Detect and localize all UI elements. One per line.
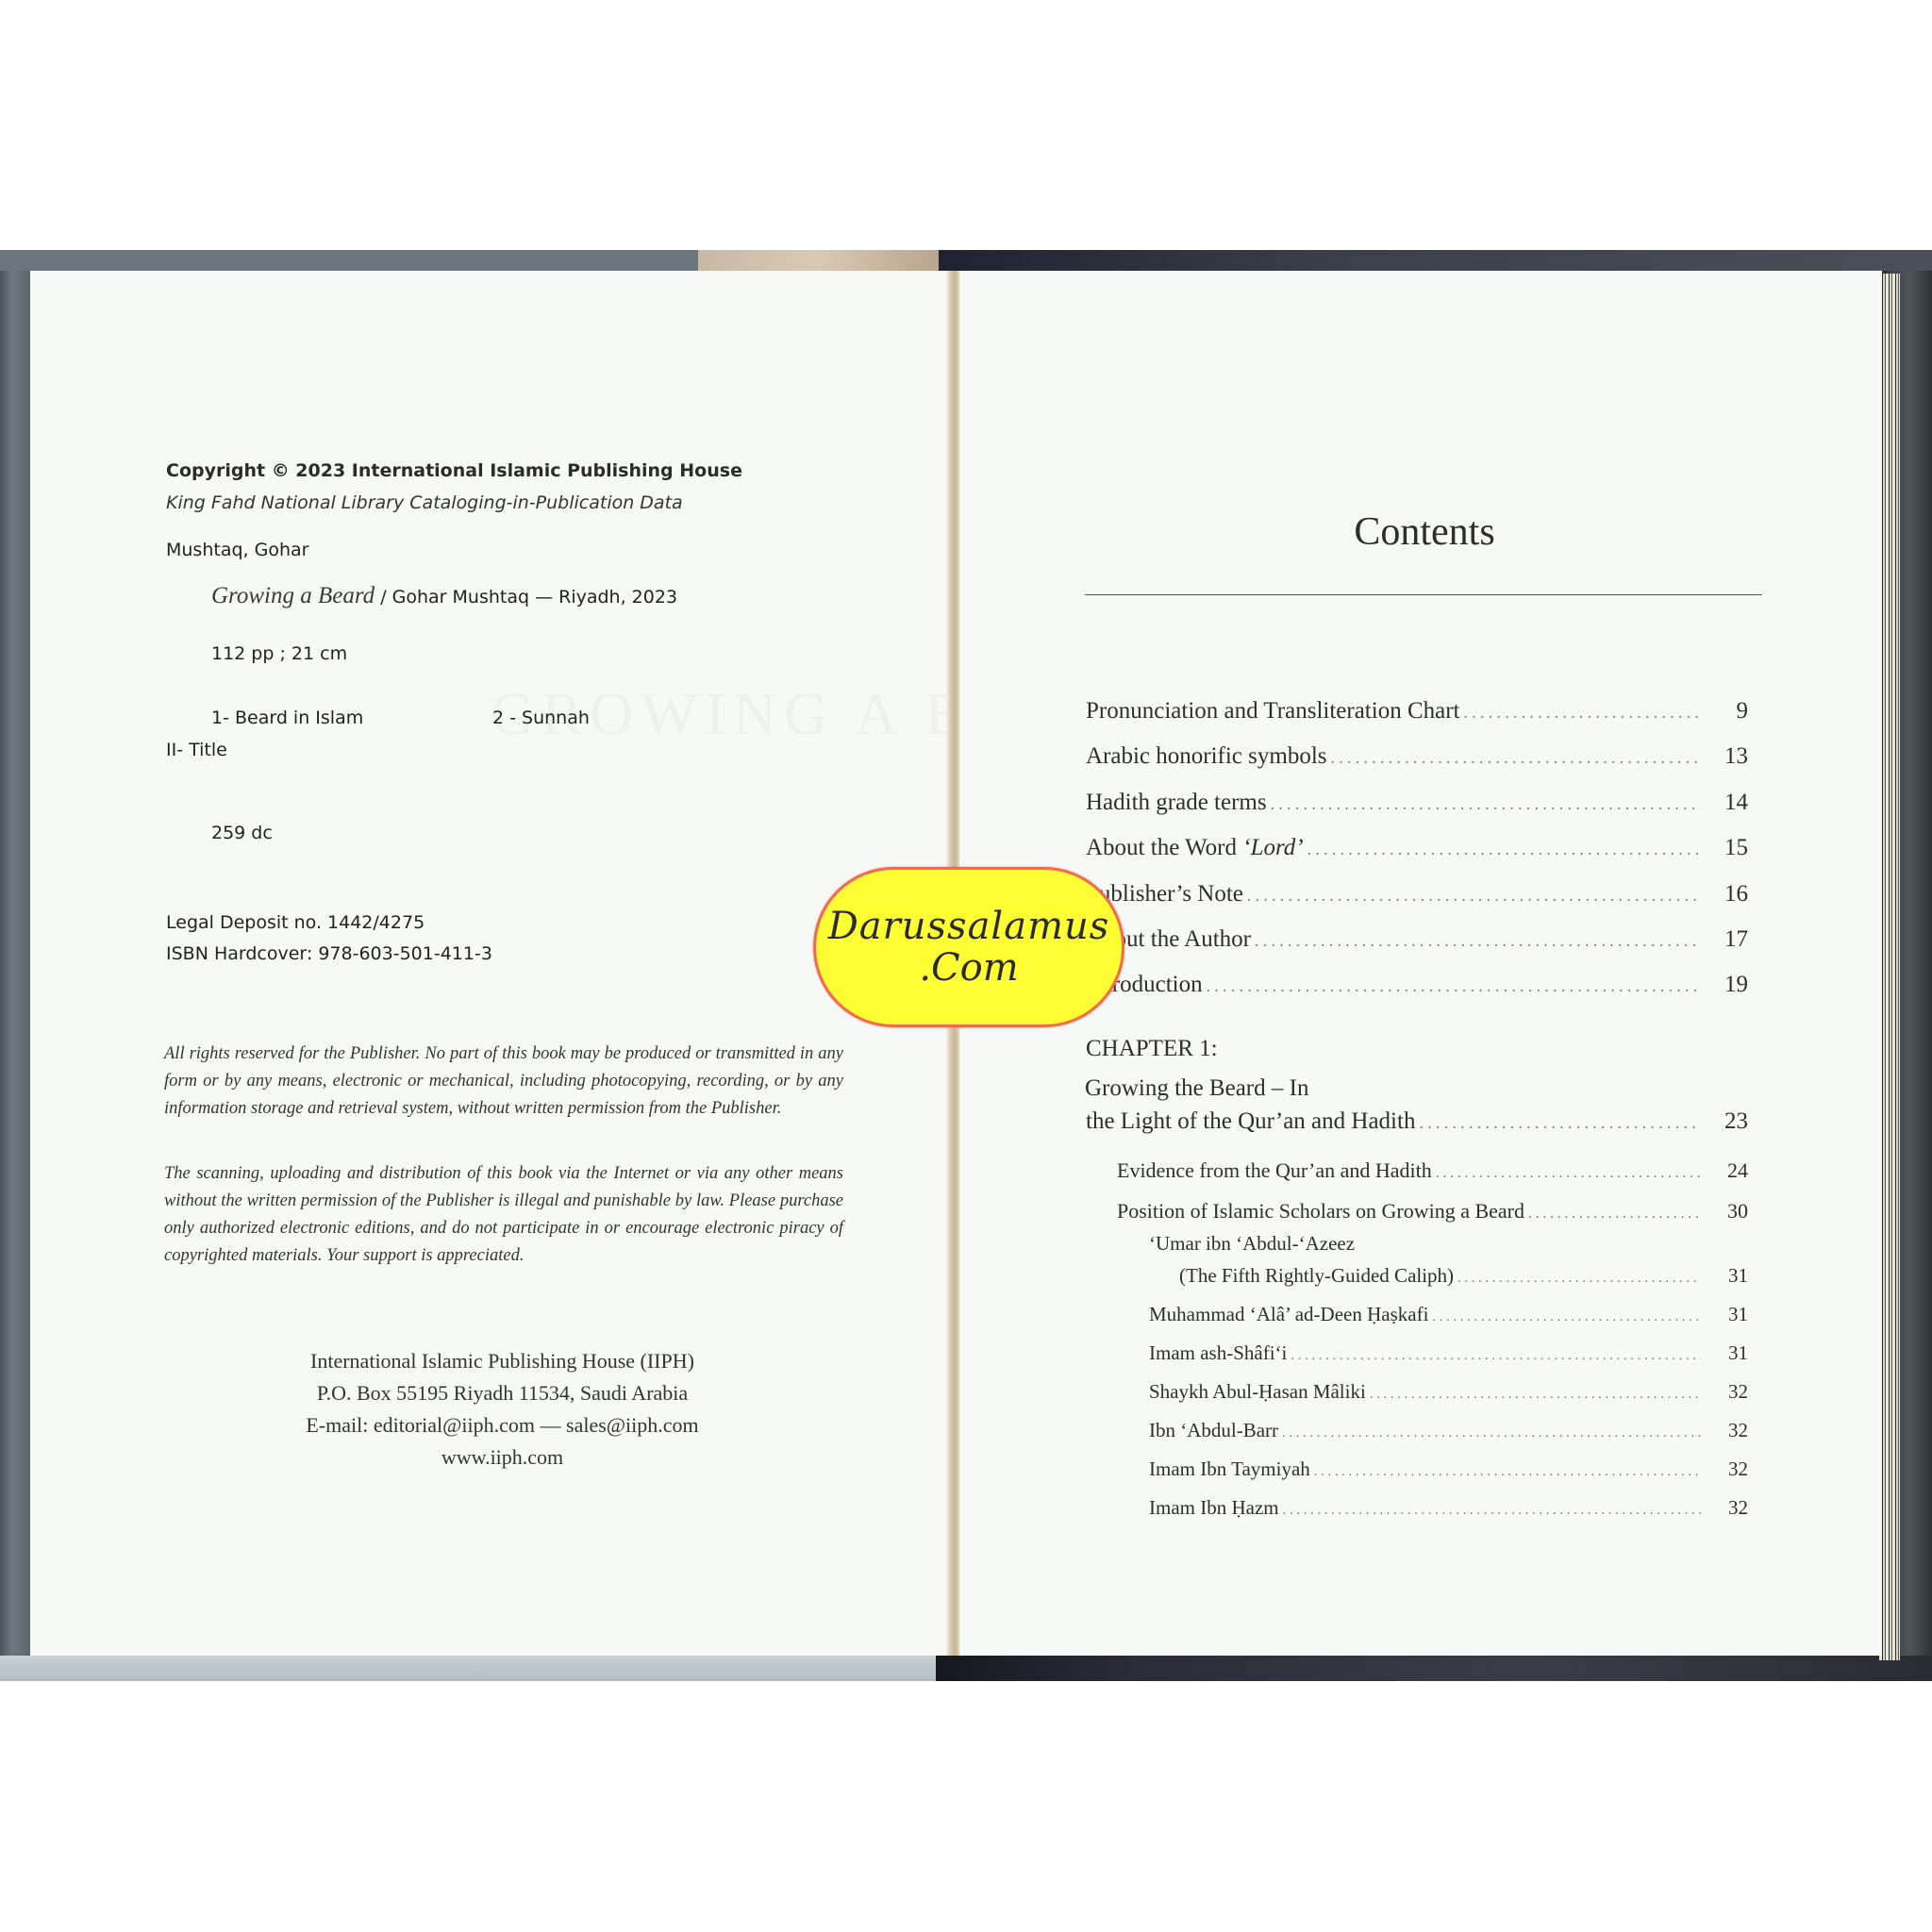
toc-entry-label: Arabic honorific symbols: [1086, 743, 1327, 770]
toc-entry-label: Ibn ‘Abdul-Barr: [1149, 1419, 1278, 1442]
toc-entry-label: the Light of the Qur’an and Hadith: [1086, 1108, 1415, 1135]
toc-chapter-entry: the Light of the Qur’an and Hadith 23: [1086, 1108, 1748, 1135]
chapter-title-line1: Growing the Beard – In: [1085, 1075, 1308, 1102]
toc-page-number: 30: [1714, 1199, 1748, 1224]
toc-entry-label: Position of Islamic Scholars on Growing …: [1117, 1199, 1524, 1224]
toc-leader-dots: [1432, 1309, 1701, 1325]
toc-subsection-entry: (The Fifth Rightly-Guided Caliph) 31: [1179, 1264, 1748, 1288]
toc-leader-dots: [1282, 1425, 1701, 1441]
toc-subsection-entry: Muhammad ‘Alâ’ ad-Deen Ḥaṣkafi 31: [1149, 1303, 1748, 1326]
cover-bottom-edge-right: [936, 1656, 1932, 1681]
darussalam-watermark-badge: Darussalamus .Com: [813, 867, 1124, 1027]
toc-entry-label: Muhammad ‘Alâ’ ad-Deen Ḥaṣkafi: [1149, 1303, 1428, 1326]
anti-piracy-paragraph: The scanning, uploading and distribution…: [164, 1160, 843, 1270]
toc-page-number: 31: [1714, 1303, 1748, 1326]
toc-entry-label: About the Word ‘Lord’: [1086, 835, 1304, 861]
toc-entry-label: Imam Ibn Taymiyah: [1149, 1457, 1310, 1481]
toc-entry-label: Imam Ibn Ḥazm: [1149, 1496, 1279, 1520]
toc-entry-label: Evidence from the Qur’an and Hadith: [1117, 1158, 1432, 1183]
publisher-email: E-mail: editorial@iiph.com — sales@iiph.…: [189, 1409, 816, 1441]
toc-leader-dots: [1463, 703, 1701, 723]
toc-entry: About the Author 17: [1086, 926, 1748, 953]
cover-top-edge-right: [939, 250, 1932, 271]
legal-deposit: Legal Deposit no. 1442/4275: [166, 912, 425, 933]
toc-leader-dots: [1247, 886, 1701, 906]
publisher-name: International Islamic Publishing House (…: [189, 1345, 816, 1377]
toc-entry: About the Word ‘Lord’ 15: [1086, 835, 1748, 861]
contents-divider: [1085, 594, 1762, 595]
cover-left-edge: [0, 250, 30, 1681]
toc-page-number: 32: [1714, 1457, 1748, 1481]
toc-entry-label: Pronunciation and Transliteration Chart: [1086, 698, 1459, 724]
catalog-heading: King Fahd National Library Cataloging-in…: [166, 492, 683, 513]
page-stack-edge: [1879, 274, 1900, 1660]
toc-leader-dots: [1436, 1165, 1701, 1182]
toc-entry: Arabic honorific symbols 13: [1086, 743, 1748, 770]
toc-subsection-entry: Imam Ibn Ḥazm 32: [1149, 1496, 1748, 1520]
contents-title: Contents: [1085, 509, 1764, 555]
title-statement: Growing a Beard / Gohar Mushtaq — Riyadh…: [211, 583, 677, 609]
toc-page-number: 15: [1714, 835, 1748, 861]
subject-title: II- Title: [166, 740, 227, 760]
toc-leader-dots: [1419, 1113, 1701, 1133]
toc-leader-dots: [1528, 1206, 1701, 1223]
toc-leader-dots: [1255, 931, 1701, 951]
title-responsibility: / Gohar Mushtaq — Riyadh, 2023: [375, 587, 677, 608]
toc-entry-label: Imam ash-Shâfi‘i: [1149, 1341, 1287, 1365]
toc-subsection-entry: Imam Ibn Taymiyah 32: [1149, 1457, 1748, 1481]
rights-reserved-paragraph: All rights reserved for the Publisher. N…: [164, 1041, 843, 1123]
copyright-notice: Copyright © 2023 International Islamic P…: [166, 460, 742, 481]
publisher-website: www.iiph.com: [189, 1441, 816, 1474]
toc-entry-label: (The Fifth Rightly-Guided Caliph): [1179, 1264, 1454, 1288]
toc-page-number: 16: [1714, 881, 1748, 908]
cover-top-edge-left: [0, 250, 698, 271]
publisher-contact: International Islamic Publishing House (…: [189, 1345, 816, 1474]
toc-leader-dots: [1314, 1464, 1701, 1480]
toc-subsection-entry: Imam ash-Shâfi‘i 31: [1149, 1341, 1748, 1365]
toc-subsection-label-line1: ‘Umar ibn ‘Abdul-‘Azeez: [1149, 1232, 1355, 1256]
toc-section-entry: Evidence from the Qur’an and Hadith 24: [1117, 1158, 1748, 1183]
toc-leader-dots: [1307, 840, 1701, 859]
subject-1: 1- Beard in Islam: [211, 708, 363, 728]
toc-page-number: 31: [1714, 1264, 1748, 1288]
classification-number: 259 dc: [211, 823, 273, 843]
toc-entry-label: Shaykh Abul-Ḥasan Mâliki: [1149, 1380, 1366, 1404]
toc-leader-dots: [1207, 976, 1701, 996]
toc-page-number: 31: [1714, 1341, 1748, 1365]
toc-entry: Introduction 19: [1086, 972, 1748, 998]
chapter-heading: CHAPTER 1:: [1086, 1036, 1218, 1062]
toc-page-number: 13: [1714, 743, 1748, 770]
publisher-address: P.O. Box 55195 Riyadh 11534, Saudi Arabi…: [189, 1377, 816, 1409]
toc-entry: Hadith grade terms 14: [1086, 790, 1748, 816]
toc-page-number: 32: [1714, 1496, 1748, 1520]
toc-leader-dots: [1331, 748, 1701, 768]
toc-entry-label: Hadith grade terms: [1086, 790, 1267, 816]
toc-leader-dots: [1291, 1348, 1701, 1364]
toc-entry: Pronunciation and Transliteration Chart …: [1086, 698, 1748, 724]
toc-leader-dots: [1283, 1503, 1701, 1519]
toc-page-number: 19: [1714, 972, 1748, 998]
toc-leader-dots: [1370, 1387, 1701, 1403]
toc-leader-dots: [1271, 794, 1701, 814]
toc-leader-dots: [1457, 1271, 1701, 1287]
isbn: ISBN Hardcover: 978-603-501-411-3: [166, 943, 492, 964]
toc-entry: Publisher’s Note 16: [1086, 881, 1748, 908]
physical-description: 112 pp ; 21 cm: [211, 643, 347, 664]
watermark-line1: Darussalamus: [828, 906, 1110, 947]
cover-top-edge-photo: [698, 250, 939, 271]
cover-bottom-edge-left: [0, 1656, 939, 1681]
author-entry: Mushtaq, Gohar: [166, 540, 308, 560]
toc-page-number: 32: [1714, 1419, 1748, 1442]
toc-page-number: 32: [1714, 1380, 1748, 1404]
toc-page-number: 17: [1714, 926, 1748, 953]
watermark-line2: .Com: [919, 947, 1018, 989]
subject-2: 2 - Sunnah: [492, 708, 590, 728]
toc-section-entry: Position of Islamic Scholars on Growing …: [1117, 1199, 1748, 1224]
book-title: Growing a Beard: [211, 583, 375, 608]
toc-page-number: 9: [1714, 698, 1748, 724]
toc-page-number: 24: [1714, 1158, 1748, 1183]
toc-page-number: 14: [1714, 790, 1748, 816]
toc-subsection-entry: Ibn ‘Abdul-Barr 32: [1149, 1419, 1748, 1442]
toc-subsection-entry: Shaykh Abul-Ḥasan Mâliki 32: [1149, 1380, 1748, 1404]
toc-page-number: 23: [1714, 1108, 1748, 1135]
